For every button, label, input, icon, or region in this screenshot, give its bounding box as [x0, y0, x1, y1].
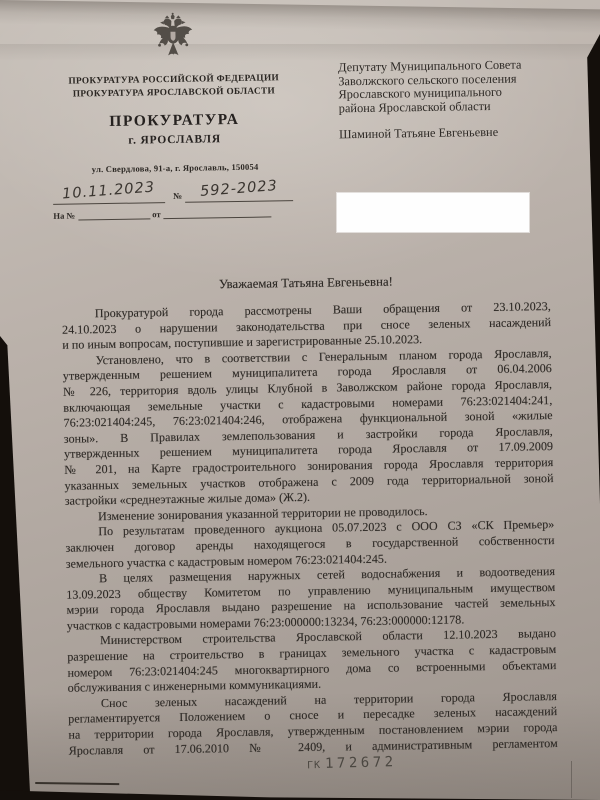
addressee-line: района Ярославской области — [339, 98, 574, 115]
body-paragraph: Министерством строительства Ярославской … — [67, 626, 557, 696]
org-city: г. ЯРОСЛАВЛЯ — [52, 132, 297, 148]
paper-edge-mark — [571, 761, 572, 798]
addressee-block: Депутату Муниципального Совета Заволжско… — [338, 58, 574, 143]
document-photo: ПРОКУРАТУРА РОССИЙСКОЙ ФЕДЕРАЦИИ ПРОКУРА… — [0, 0, 600, 800]
ref-na-blank — [78, 210, 150, 220]
date-number-row: 10.11.2023№592-2023 — [53, 177, 298, 207]
org-address: ул. Свердлова, 91-а, г. Ярославль, 15005… — [53, 161, 298, 175]
russian-coat-of-arms-icon — [149, 12, 197, 65]
ref-ot-blank — [164, 208, 272, 219]
body-paragraph: В целях размещения наружных сетей водосн… — [66, 564, 556, 634]
number-sign: № — [173, 191, 182, 203]
redaction-box — [337, 193, 529, 232]
registration-stamp: ГК172672 — [307, 751, 397, 772]
pen-mark-line — [35, 782, 119, 785]
reference-row: На № от — [53, 207, 298, 221]
letter-body: Прокуратурой города рассмотрены Ваши обр… — [62, 299, 558, 759]
ref-ot-label: от — [152, 209, 161, 219]
ref-na-label: На № — [53, 211, 75, 221]
body-paragraph: Прокуратурой города рассмотрены Ваши обр… — [62, 299, 552, 353]
org-name: ПРОКУРАТУРА — [52, 110, 297, 132]
handwritten-date: 10.11.2023 — [62, 179, 156, 202]
letter-content: ПРОКУРАТУРА РОССИЙСКОЙ ФЕДЕРАЦИИ ПРОКУРА… — [0, 0, 600, 800]
stamp-prefix: ГК — [307, 760, 321, 771]
body-paragraph: Установлено, что в соответствии с Генера… — [62, 346, 553, 510]
addressee-name: Шаминой Татьяне Евгеньевне — [339, 125, 574, 142]
body-paragraph: Снос зеленых насаждений на территории го… — [68, 689, 558, 759]
salutation: Уважаемая Татьяна Евгеньевна! — [61, 272, 550, 295]
date-field: 10.11.2023 — [53, 179, 165, 205]
letterhead: ПРОКУРАТУРА РОССИЙСКОЙ ФЕДЕРАЦИИ ПРОКУРА… — [50, 10, 298, 221]
number-field: 592-2023 — [185, 177, 293, 203]
stamp-number: 172672 — [325, 754, 397, 772]
body-paragraph: По результатам проведенного аукциона 05.… — [65, 517, 555, 571]
handwritten-number: 592-2023 — [200, 178, 279, 200]
